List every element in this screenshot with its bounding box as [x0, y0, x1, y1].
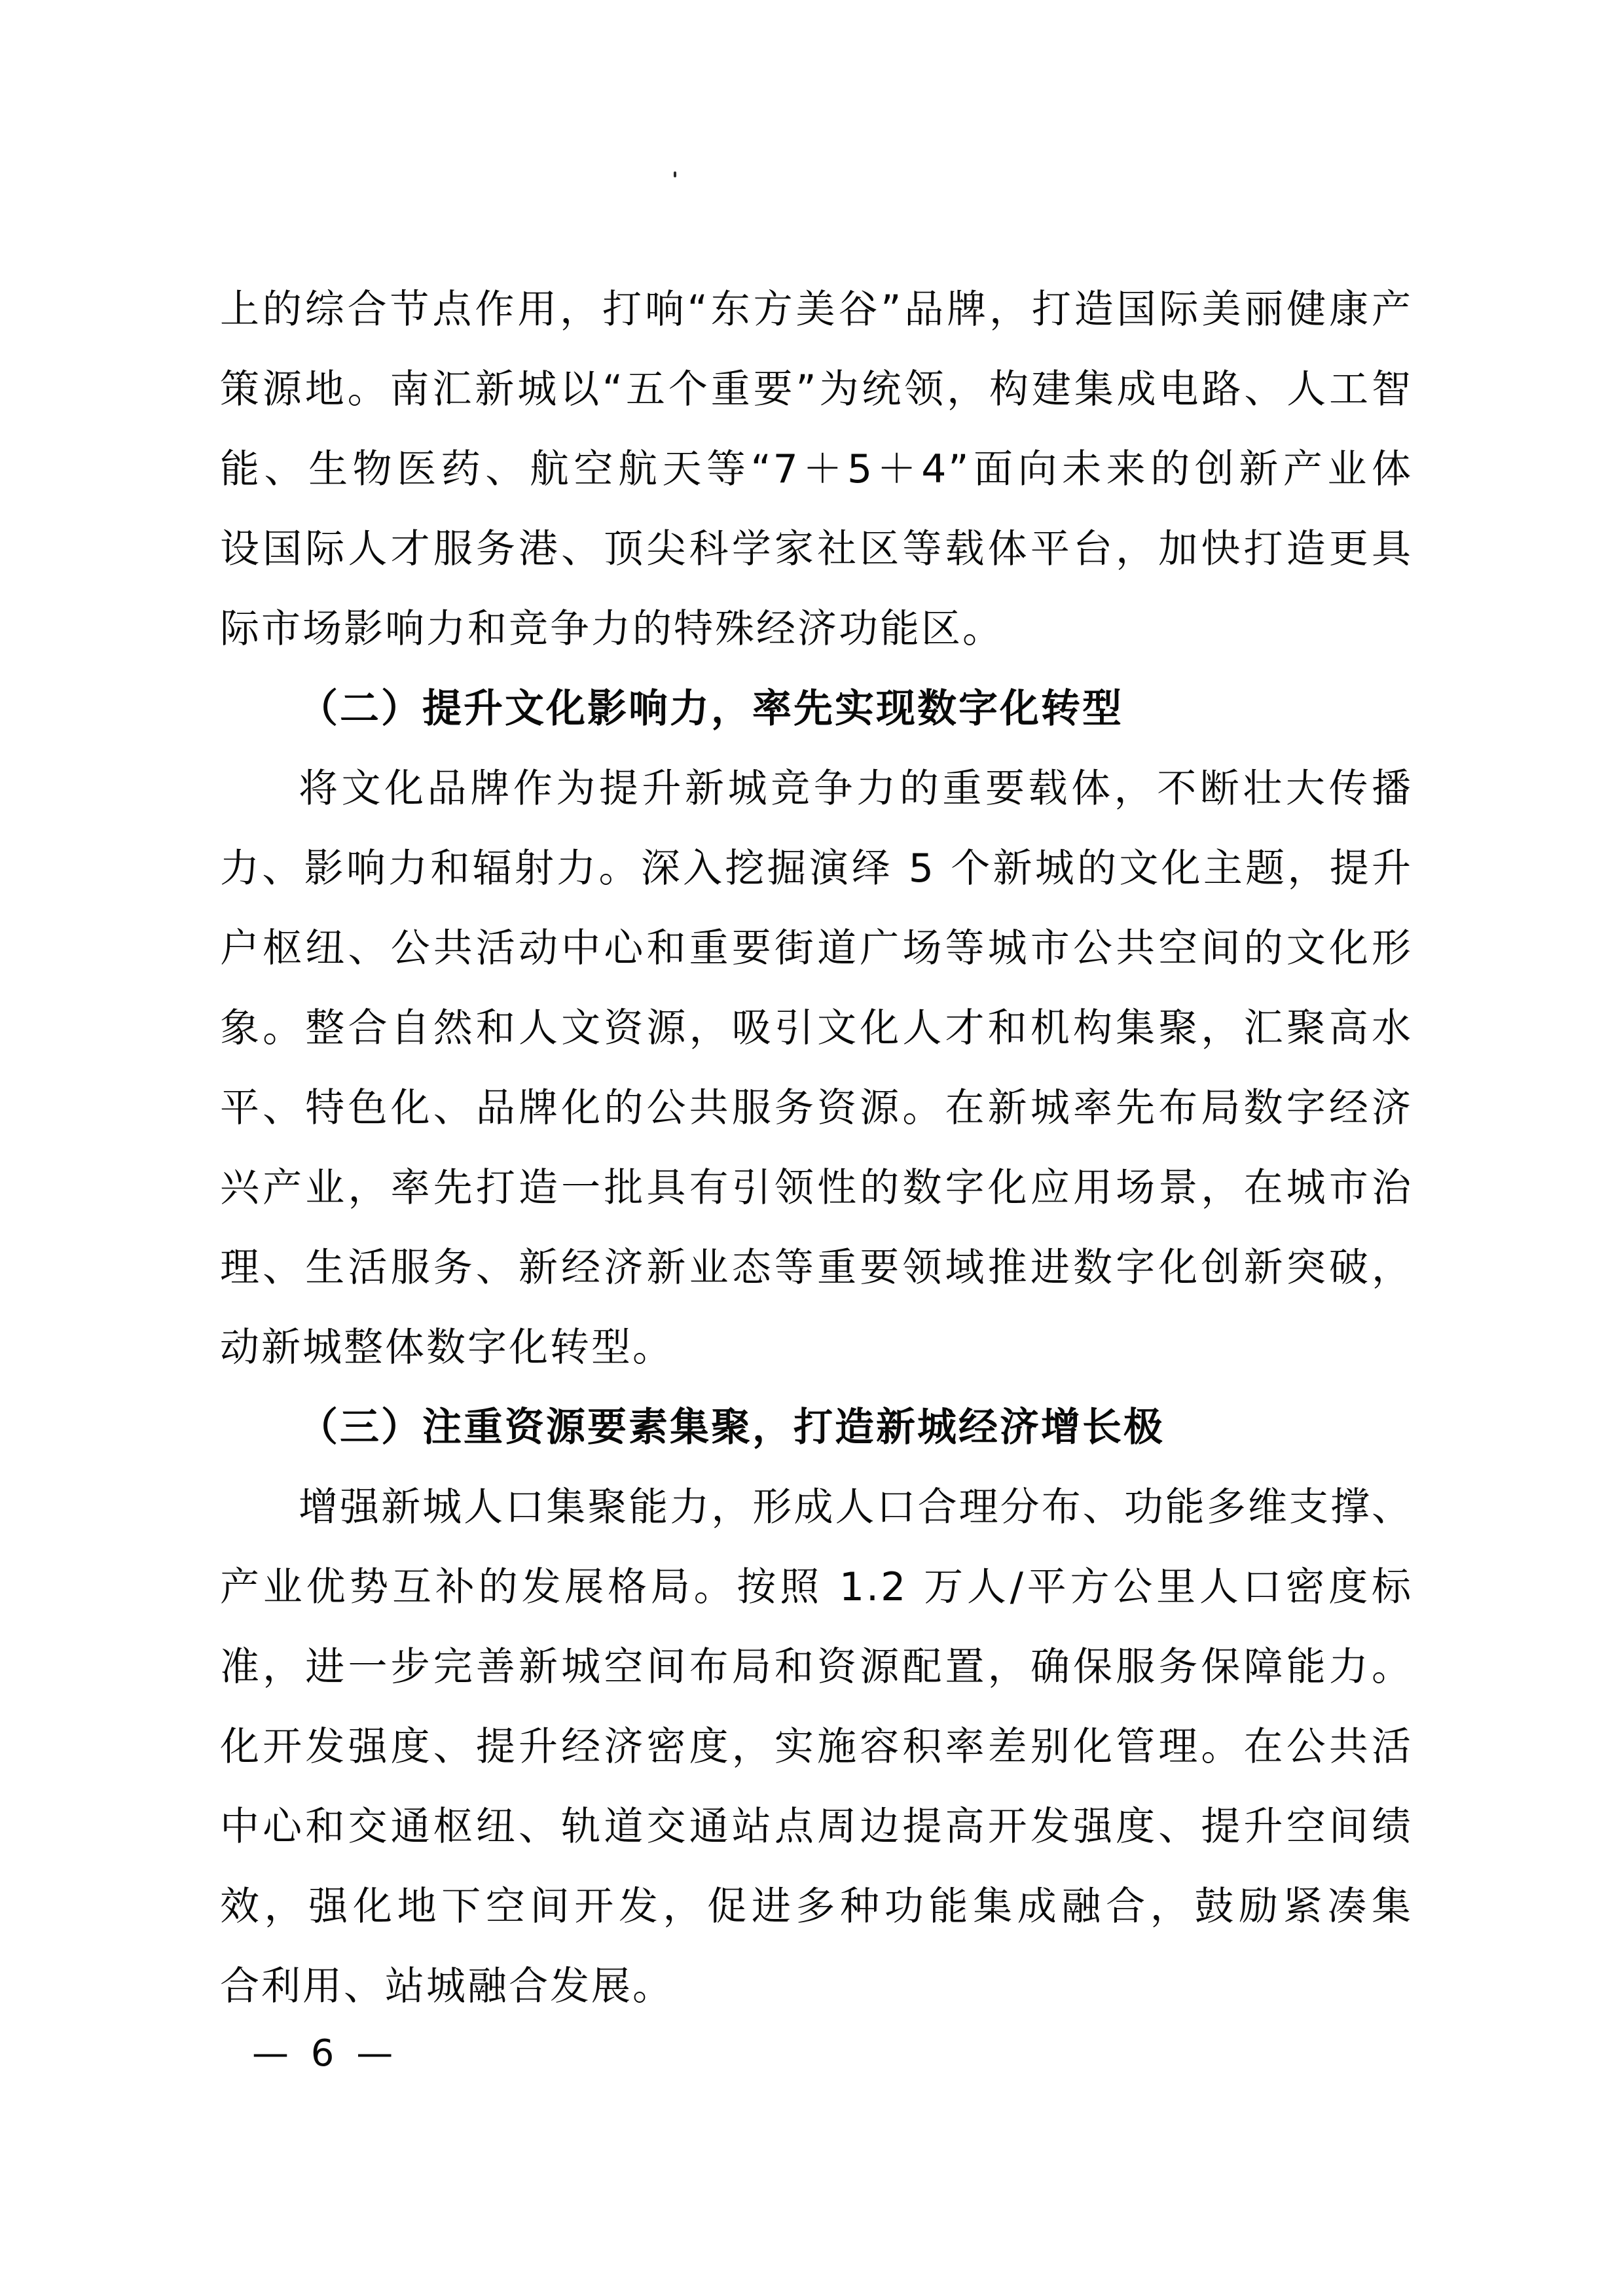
text-line: 动新城整体数字化转型。 — [220, 1308, 1413, 1388]
section-heading: （二）提升文化影响力，率先实现数字化转型 — [220, 669, 1413, 749]
document-page: 上的综合节点作用，打响“东方美谷”品牌，打造国际美丽健康产业 策源地。南汇新城以… — [0, 0, 1623, 2296]
page-number: — 6 — — [252, 2033, 398, 2075]
text-line: 准，进一步完善新城空间布局和资源配置，确保服务保障能力。优 — [220, 1627, 1413, 1707]
text-line: 策源地。南汇新城以“五个重要”为统领，构建集成电路、人工智 — [220, 350, 1413, 429]
text-line: 中心和交通枢纽、轨道交通站点周边提高开发强度、提升空间绩 — [220, 1787, 1413, 1867]
text-line: 兴产业，率先打造一批具有引领性的数字化应用场景，在城市治 — [220, 1148, 1413, 1228]
text-line: 将文化品牌作为提升新城竞争力的重要载体，不断壮大传播 — [220, 749, 1413, 829]
text-line: 产业优势互补的发展格局。按照 1.2 万人/平方公里人口密度标 — [220, 1547, 1413, 1627]
ink-speck — [674, 171, 676, 177]
section-heading: （三）注重资源要素集聚，打造新城经济增长极 — [220, 1388, 1413, 1467]
text-line: 效，强化地下空间开发，促进多种功能集成融合，鼓励紧凑集约、复 — [220, 1867, 1413, 1946]
body-text: 上的综合节点作用，打响“东方美谷”品牌，打造国际美丽健康产业 策源地。南汇新城以… — [220, 270, 1413, 2026]
text-line: 上的综合节点作用，打响“东方美谷”品牌，打造国际美丽健康产业 — [220, 270, 1413, 350]
text-line: 合利用、站城融合发展。 — [220, 1946, 1413, 2026]
text-line: 平、特色化、品牌化的公共服务资源。在新城率先布局数字经济新 — [220, 1068, 1413, 1148]
text-line: 理、生活服务、新经济新业态等重要领域推进数字化创新突破，带 — [220, 1228, 1413, 1308]
text-line: 设国际人才服务港、顶尖科学家社区等载体平台，加快打造更具国 — [220, 509, 1413, 589]
text-line: 化开发强度、提升经济密度，实施容积率差别化管理。在公共活动 — [220, 1707, 1413, 1787]
text-line: 户枢纽、公共活动中心和重要街道广场等城市公共空间的文化形 — [220, 908, 1413, 988]
text-line: 能、生物医药、航空航天等“7＋5＋4”面向未来的创新产业体系，建 — [220, 429, 1413, 509]
text-line: 增强新城人口集聚能力，形成人口合理分布、功能多维支撑、 — [220, 1467, 1413, 1547]
text-line: 象。整合自然和人文资源，吸引文化人才和机构集聚，汇聚高水 — [220, 988, 1413, 1068]
text-line: 力、影响力和辐射力。深入挖掘演绎 5 个新城的文化主题，提升门 — [220, 829, 1413, 908]
text-line: 际市场影响力和竞争力的特殊经济功能区。 — [220, 589, 1413, 669]
